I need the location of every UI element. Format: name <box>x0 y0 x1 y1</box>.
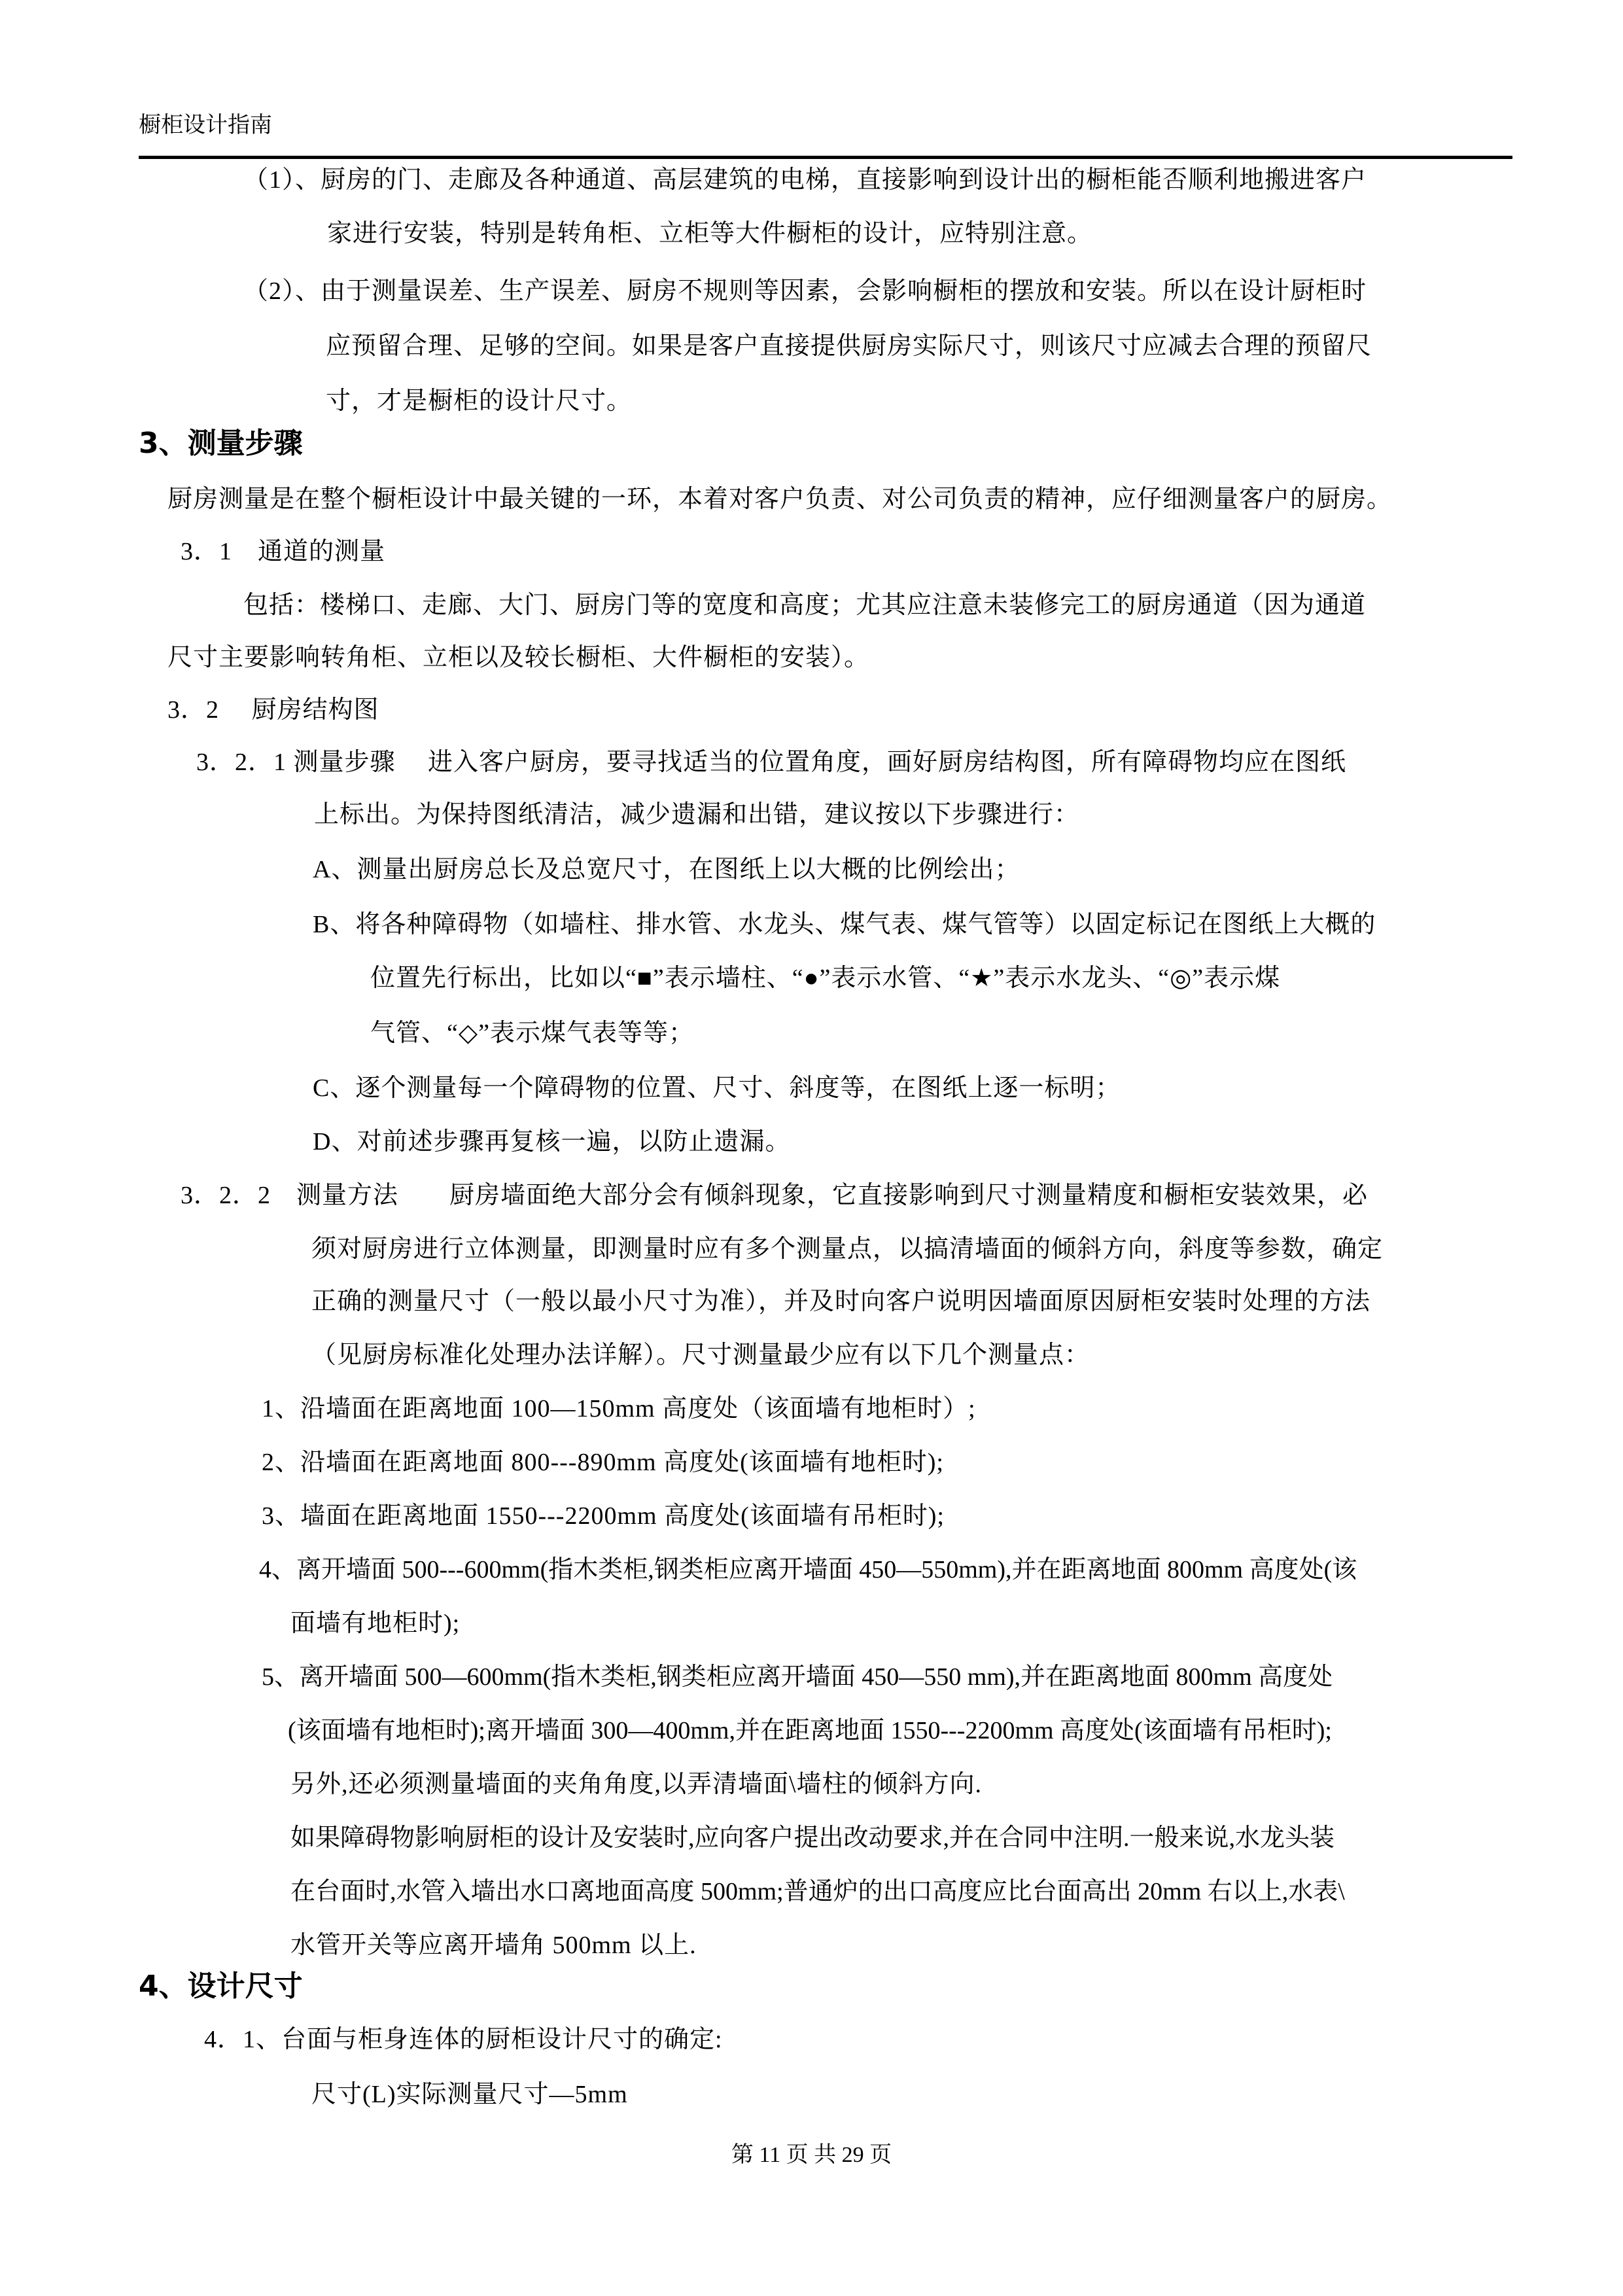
subsection-4-1-title: 4．1、台面与柜身连体的厨柜设计尺寸的确定: <box>204 2024 723 2055</box>
subsection-3-2-2-line-1: 3．2．2 测量方法 厨房墙面绝大部分会有倾斜现象，它直接影响到尺寸测量精度和橱… <box>181 1180 1368 1210</box>
intro-item-2-line-2: 应预留合理、足够的空间。如果是客户直接提供厨房实际尺寸，则该尺寸应减去合理的预留… <box>326 331 1372 361</box>
step-b-text-5: ”表示煤 <box>1192 964 1280 992</box>
measure-point-5-line-1: 5、离开墙面 500—600mm(指木类柜,钢类柜应离开墙面 450—550 m… <box>262 1662 1333 1692</box>
page-footer: 第 11 页 共 29 页 <box>0 2142 1623 2168</box>
step-b-text-3: ”表示水管、“ <box>820 964 971 992</box>
running-header: 橱柜设计指南 <box>139 113 272 139</box>
step-b-line-3: 气管、“◇”表示煤气表等等； <box>370 1018 694 1048</box>
design-size-formula: 尺寸(L)实际测量尺寸—5mm <box>311 2079 628 2110</box>
subsection-3-2-2-line-2: 须对厨房进行立体测量，即测量时应有多个测量点，以搞清墙面的倾斜方向，斜度等参数，… <box>311 1234 1383 1264</box>
subsection-3-2-2-line-3: 正确的测量尺寸（一般以最小尺寸为准），并及时向客户说明因墙面原因厨柜安装时处理的… <box>311 1286 1370 1316</box>
step-d: D、对前述步骤再复核一遍，以防止遗漏。 <box>313 1127 790 1157</box>
subsection-3-2-1-line-1: 3．2．1 测量步骤 进入客户厨房，要寻找适当的位置角度，画好厨房结构图，所有障… <box>196 747 1346 777</box>
subsection-3-1-title: 3．1 通道的测量 <box>181 537 385 567</box>
intro-item-1-line-1: （1）、厨房的门、走廊及各种通道、高层建筑的电梯，直接影响到设计出的橱柜能否顺利… <box>243 165 1367 195</box>
measure-point-4-line-1: 4、离开墙面 500---600mm(指木类柜,钢类柜应离开墙面 450—550… <box>259 1555 1357 1585</box>
measure-point-4-line-2: 面墙有地柜时); <box>290 1608 460 1638</box>
obstacle-note-line-1: 如果障碍物影响厨柜的设计及安装时,应向客户提出改动要求,并在合同中注明.一般来说… <box>290 1823 1335 1853</box>
measure-point-5-line-2: (该面墙有地柜时);离开墙面 300—400mm,并在距离地面 1550---2… <box>288 1716 1332 1746</box>
step-b-text-1: 位置先行标出，比如以“ <box>370 964 637 992</box>
header-rule <box>139 156 1512 159</box>
section-3-intro: 厨房测量是在整个橱柜设计中最关键的一环，本着对客户负责、对公司负责的精神，应仔细… <box>167 484 1392 514</box>
measure-point-1: 1、沿墙面在距离地面 100—150mm 高度处（该面墙有地柜时）; <box>262 1394 976 1424</box>
subsection-3-2-title: 3．2 厨房结构图 <box>167 695 379 725</box>
section-3-heading: 3、测量步骤 <box>139 427 303 461</box>
obstacle-note-line-2: 在台面时,水管入墙出水口离地面高度 500mm;普通炉的出口高度应比台面高出 2… <box>290 1877 1345 1907</box>
star-symbol-icon: ★ <box>970 963 993 993</box>
step-b-text-4: ”表示水龙头、“ <box>993 964 1170 992</box>
subsection-3-1-line-2: 尺寸主要影响转角柜、立柜以及较长橱柜、大件橱柜的安装）。 <box>167 643 869 673</box>
step-c: C、逐个测量每一个障碍物的位置、尺寸、斜度等，在图纸上逐一标明； <box>313 1073 1121 1103</box>
square-symbol-icon: ■ <box>637 963 653 993</box>
subsection-3-1-line-1: 包括：楼梯口、走廊、大门、厨房门等的宽度和高度；尤其应注意未装修完工的厨房通道（… <box>243 590 1366 620</box>
step-b-line-1: B、将各种障碍物（如墙柱、排水管、水龙头、煤气表、煤气管等）以固定标记在图纸上大… <box>313 910 1376 940</box>
circle-symbol-icon: ● <box>804 963 820 993</box>
intro-item-1-line-2: 家进行安装，特别是转角柜、立柜等大件橱柜的设计，应特别注意。 <box>327 219 1092 249</box>
step-b-text-2: ”表示墙柱、“ <box>653 964 804 992</box>
subsection-3-2-1-line-2: 上标出。为保持图纸清洁，减少遗漏和出错，建议按以下步骤进行： <box>314 800 1079 830</box>
step-b-line-2: 位置先行标出，比如以“■”表示墙柱、“●”表示水管、“★”表示水龙头、“◎”表示… <box>370 963 1280 993</box>
intro-item-2-line-3: 寸，才是橱柜的设计尺寸。 <box>326 386 632 416</box>
measure-point-3: 3、墙面在距离地面 1550---2200mm 高度处(该面墙有吊柜时); <box>262 1501 945 1531</box>
measure-point-2: 2、沿墙面在距离地面 800---890mm 高度处(该面墙有地柜时); <box>262 1447 944 1477</box>
subsection-3-2-2-line-4: （见厨房标准化处理办法详解）。尺寸测量最少应有以下几个测量点： <box>311 1340 1090 1370</box>
measure-point-5-line-3: 另外,还必须测量墙面的夹角角度,以弄清墙面\墙柱的倾斜方向. <box>290 1769 982 1799</box>
step-a: A、测量出厨房总长及总宽尺寸，在图纸上以大概的比例绘出； <box>313 855 1020 885</box>
intro-item-2-line-1: （2）、由于测量误差、生产误差、厨房不规则等因素，会影响橱柜的摆放和安装。所以在… <box>243 276 1367 306</box>
obstacle-note-line-3: 水管开关等应离开墙角 500mm 以上. <box>290 1930 697 1960</box>
section-4-heading: 4、设计尺寸 <box>139 1969 303 2004</box>
double-circle-symbol-icon: ◎ <box>1170 963 1192 993</box>
